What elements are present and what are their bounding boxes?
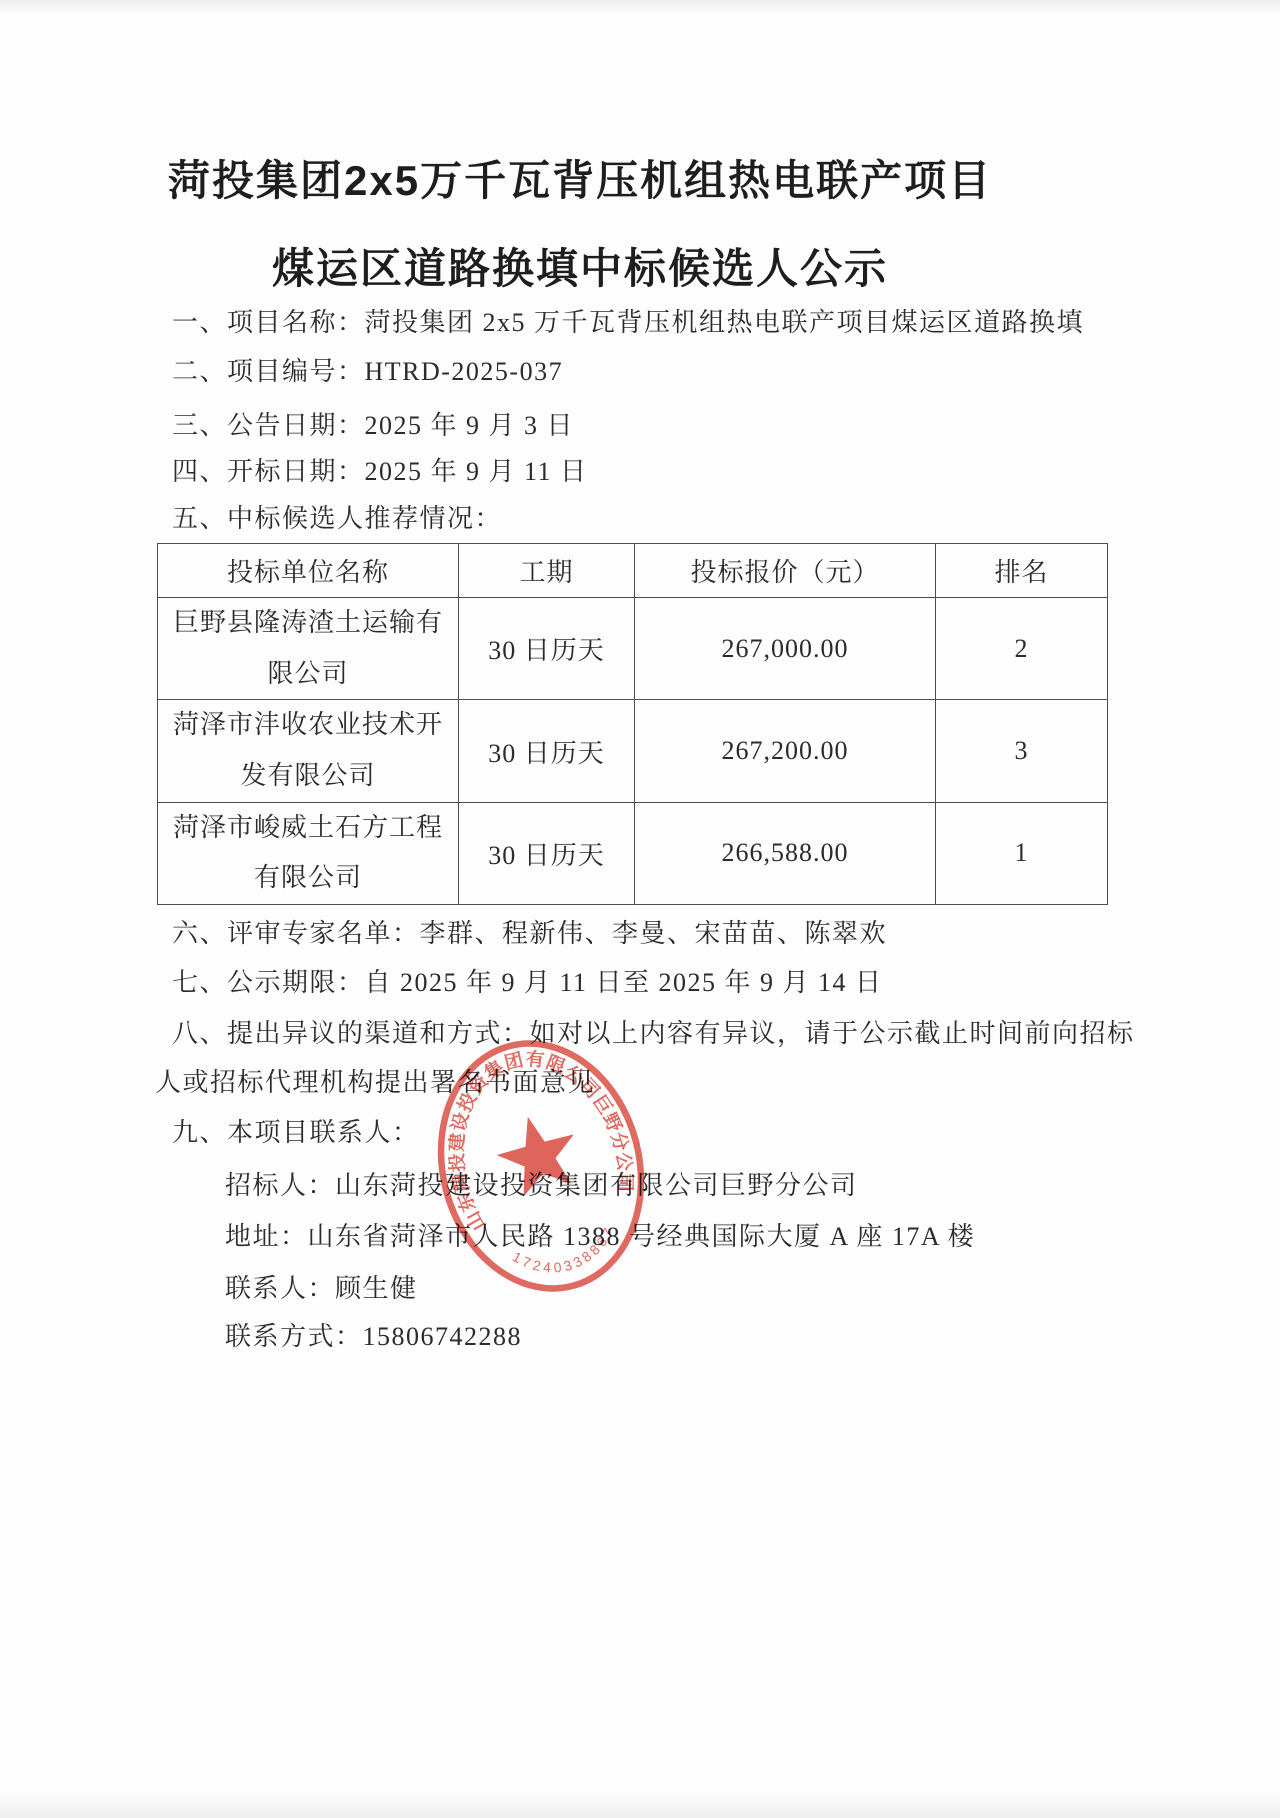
cell-duration: 30 日历天 — [459, 802, 635, 904]
star-icon — [489, 1106, 586, 1200]
table-header-row: 投标单位名称 工期 投标报价（元） 排名 — [158, 544, 1108, 598]
table-row: 巨野县隆涛渣土运输有限公司 30 日历天 267,000.00 2 — [158, 598, 1108, 700]
section-announce-date: 三、公告日期：2025 年 9 月 3 日 — [172, 405, 574, 442]
section-project-number: 二、项目编号：HTRD-2025-037 — [172, 351, 563, 388]
section-experts: 六、评审专家名单：李群、程新伟、李曼、宋苗苗、陈翠欢 — [172, 913, 887, 950]
section-open-date: 四、开标日期：2025 年 9 月 11 日 — [172, 451, 588, 488]
header-company: 投标单位名称 — [158, 544, 459, 598]
section-contact-intro: 九、本项目联系人： — [172, 1112, 420, 1149]
stamp-number-text: 17240338867 — [506, 1219, 625, 1287]
header-price: 投标报价（元） — [635, 544, 936, 598]
cell-rank: 3 — [936, 700, 1108, 802]
svg-text:17240338867: 17240338867 — [506, 1219, 625, 1287]
cell-company: 菏泽市沣收农业技术开发有限公司 — [170, 700, 446, 801]
table-row: 菏泽市沣收农业技术开发有限公司 30 日历天 267,200.00 3 — [158, 700, 1108, 802]
cell-price: 266,588.00 — [635, 802, 936, 904]
section-publicity-period: 七、公示期限：自 2025 年 9 月 11 日至 2025 年 9 月 14 … — [172, 962, 883, 999]
cell-price: 267,000.00 — [635, 598, 936, 700]
section-objection-line-1: 八、提出异议的渠道和方式：如对以上内容有异议，请于公示截止时间前向招标 — [172, 1013, 1135, 1050]
cell-price: 267,200.00 — [635, 700, 936, 802]
section-candidates-intro: 五、中标候选人推荐情况： — [172, 498, 502, 535]
contact-person: 联系人：顾生健 — [225, 1268, 418, 1305]
cell-duration: 30 日历天 — [459, 700, 635, 802]
document-page: 菏投集团2x5万千瓦背压机组热电联产项目 煤运区道路换填中标候选人公示 一、项目… — [0, 0, 1280, 1818]
cell-duration: 30 日历天 — [459, 598, 635, 700]
company-seal-stamp: 山东菏投建设投资集团有限公司巨野分公司 17240338867 — [431, 1031, 651, 1301]
cell-company: 菏泽市峻威土石方工程有限公司 — [170, 803, 446, 904]
contact-phone: 联系方式：15806742288 — [225, 1316, 522, 1353]
cell-rank: 1 — [936, 802, 1108, 904]
section-project-name: 一、项目名称：菏投集团 2x5 万千瓦背压机组热电联产项目煤运区道路换填 — [172, 302, 1084, 339]
table-row: 菏泽市峻威土石方工程有限公司 30 日历天 266,588.00 1 — [158, 802, 1108, 904]
cell-company: 巨野县隆涛渣土运输有限公司 — [170, 598, 446, 699]
header-duration: 工期 — [459, 544, 635, 598]
header-rank: 排名 — [936, 544, 1108, 598]
cell-rank: 2 — [936, 598, 1108, 700]
doc-title-line-2: 煤运区道路换填中标候选人公示 — [272, 236, 888, 296]
bid-candidates-table: 投标单位名称 工期 投标报价（元） 排名 巨野县隆涛渣土运输有限公司 30 日历… — [157, 543, 1108, 905]
doc-title-line-1: 菏投集团2x5万千瓦背压机组热电联产项目 — [168, 148, 992, 208]
